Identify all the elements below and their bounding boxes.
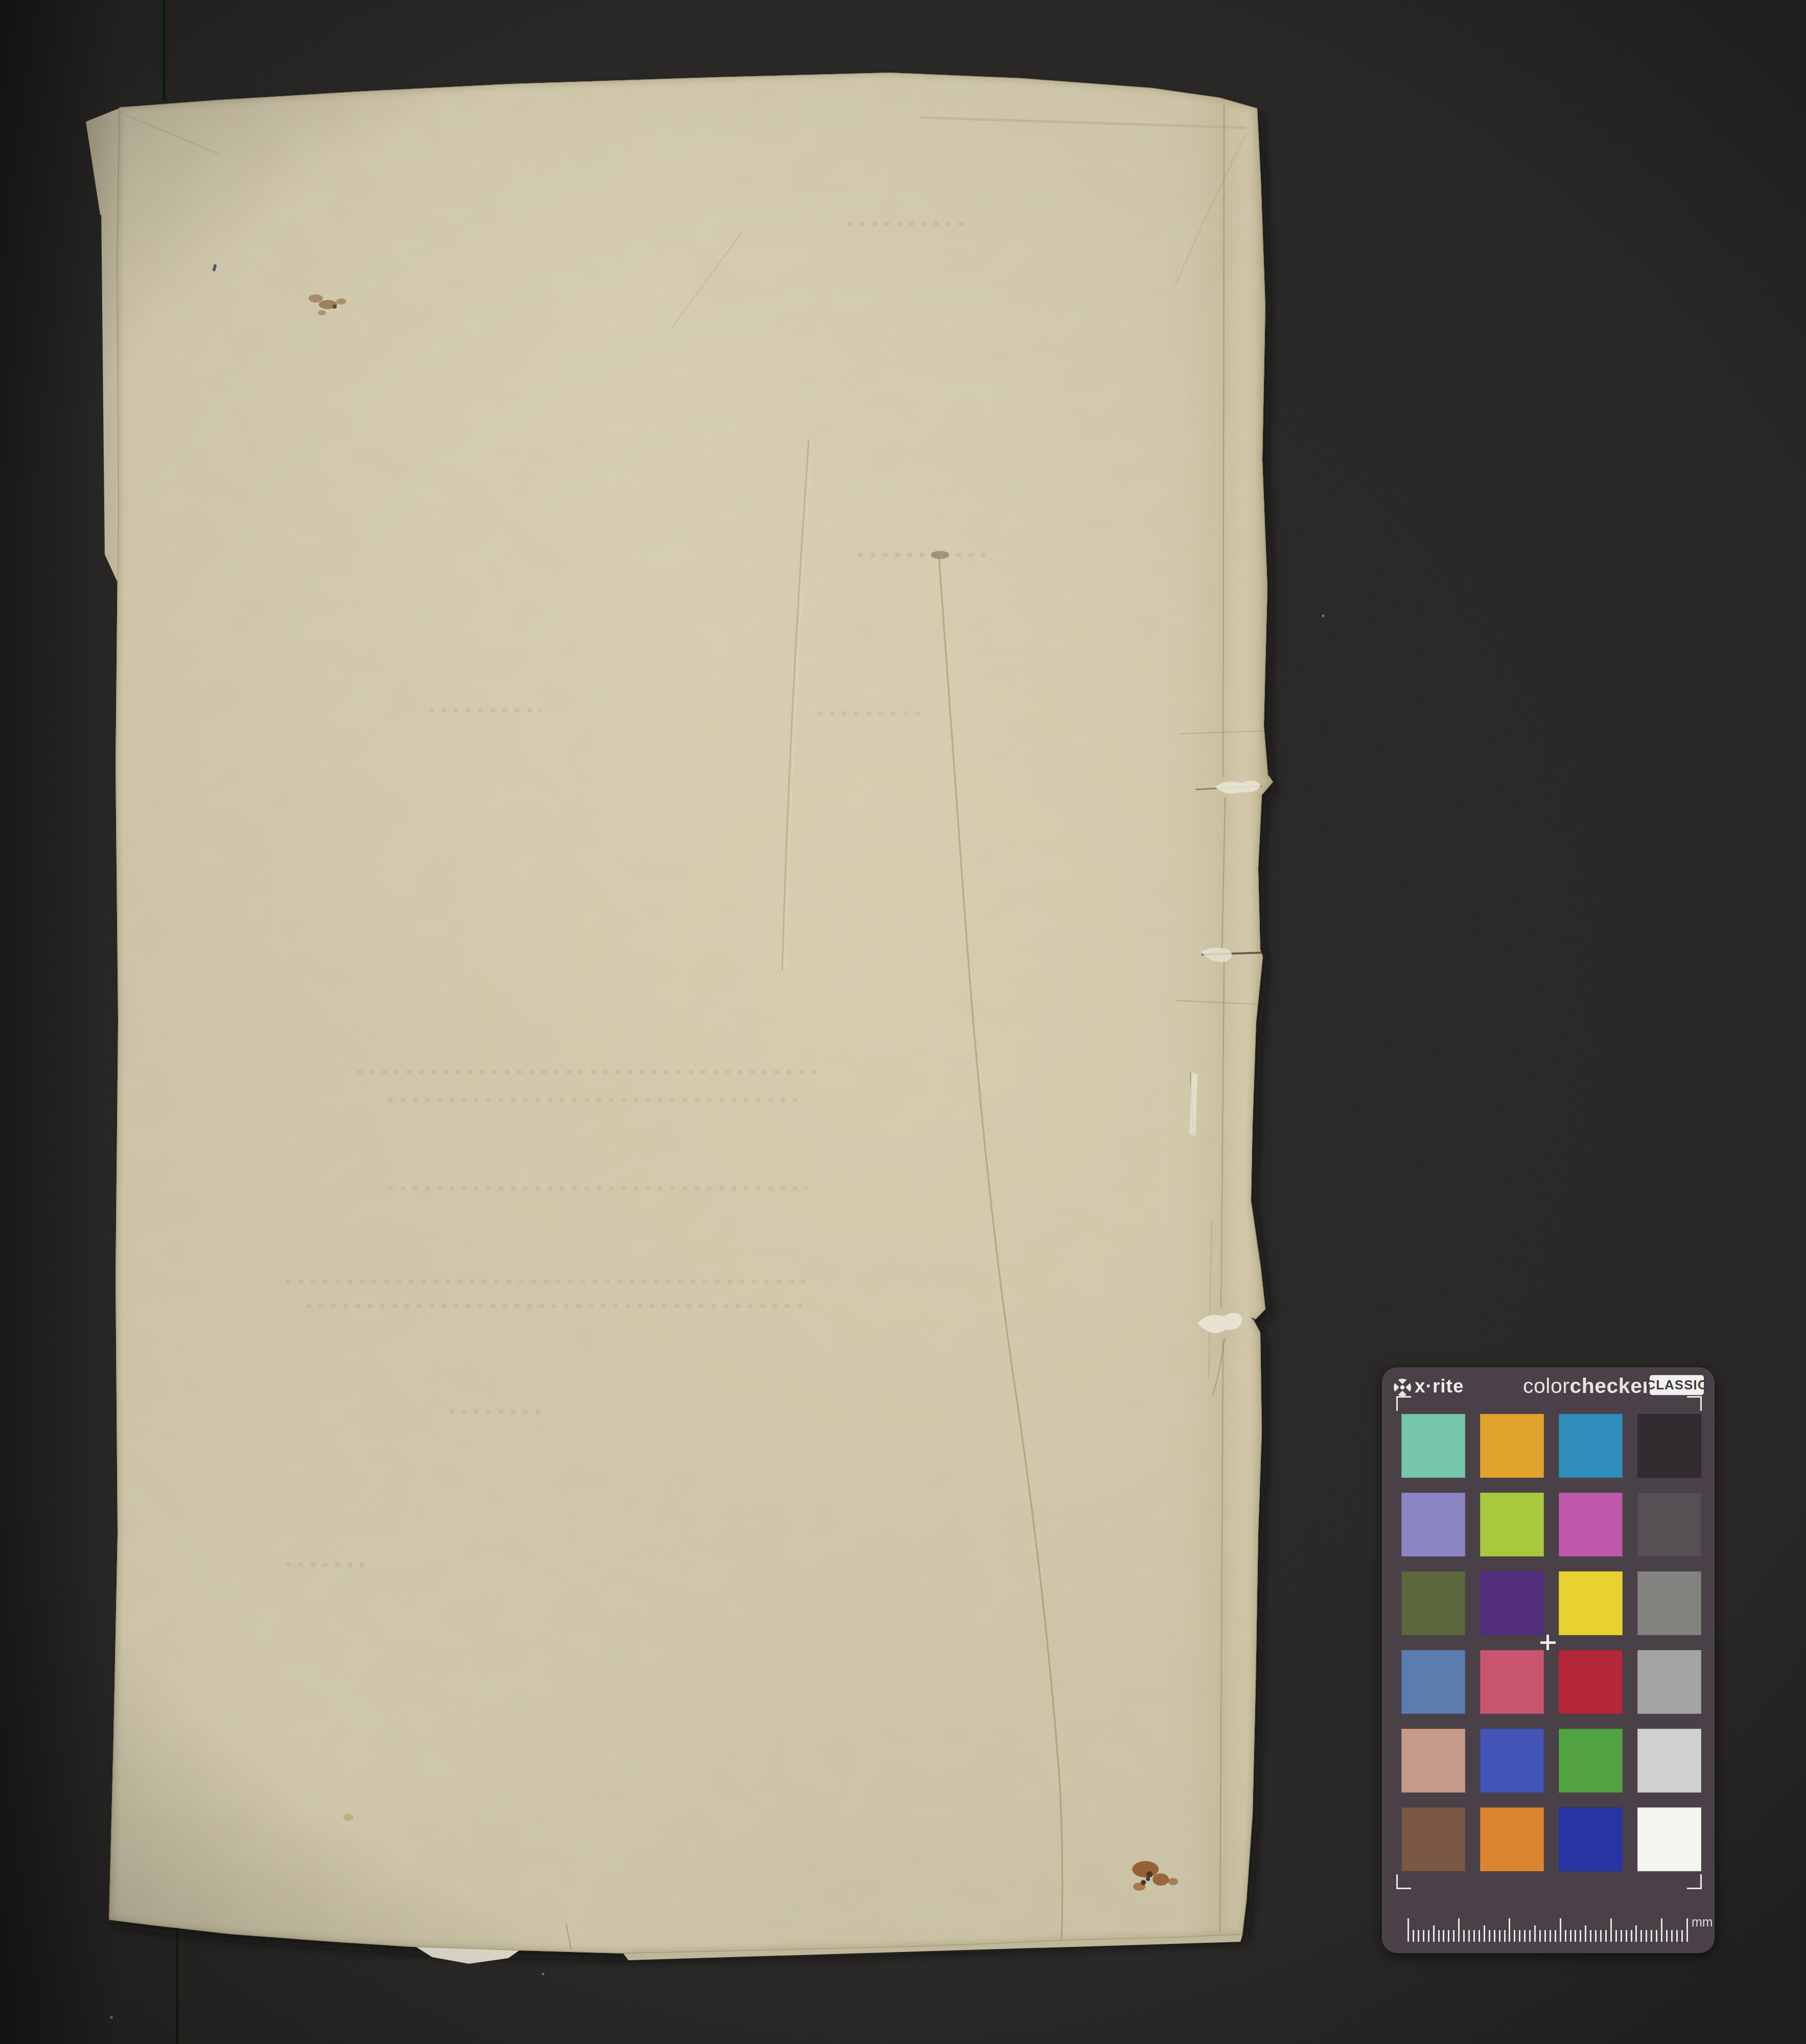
color-patch-cyan bbox=[1559, 1414, 1623, 1478]
ruler-tick bbox=[1661, 1918, 1662, 1942]
ruler-tick bbox=[1671, 1930, 1673, 1942]
color-patch-orange-yellow bbox=[1480, 1414, 1544, 1478]
brand-wordmark: x·rite bbox=[1415, 1376, 1464, 1397]
color-patch-neutral-6-5 bbox=[1637, 1650, 1701, 1714]
color-patch-orange bbox=[1480, 1807, 1544, 1871]
ruler-tick bbox=[1610, 1918, 1612, 1942]
color-patch-red bbox=[1559, 1650, 1623, 1714]
ruler-tick bbox=[1504, 1930, 1506, 1942]
ruler-tick bbox=[1473, 1930, 1475, 1942]
ruler-tick bbox=[1570, 1930, 1572, 1942]
ruler-tick bbox=[1468, 1930, 1470, 1942]
ruler-tick bbox=[1458, 1918, 1460, 1942]
ruler-tick bbox=[1590, 1930, 1591, 1942]
ruler-tick bbox=[1646, 1930, 1647, 1942]
colorchecker-card: x·rite colorchecker CLASSIC mm bbox=[1382, 1367, 1715, 1953]
color-patch-yellow bbox=[1559, 1571, 1623, 1635]
ruler-tick bbox=[1539, 1930, 1541, 1942]
ruler-tick bbox=[1484, 1925, 1485, 1942]
product-name: colorchecker bbox=[1523, 1374, 1651, 1398]
ruler-tick bbox=[1463, 1930, 1465, 1942]
ruler-tick bbox=[1413, 1930, 1414, 1942]
color-patch-blue-sky bbox=[1401, 1650, 1465, 1714]
mm-ruler bbox=[1408, 1918, 1688, 1942]
ruler-tick bbox=[1519, 1930, 1520, 1942]
ruler-tick bbox=[1560, 1918, 1561, 1942]
scan-scene: x·rite colorchecker CLASSIC mm bbox=[0, 0, 1806, 2044]
crop-bracket-top-left-icon bbox=[1396, 1396, 1411, 1411]
ruler-tick bbox=[1635, 1925, 1637, 1942]
ruler-tick bbox=[1428, 1930, 1429, 1942]
color-patch-dark-skin bbox=[1401, 1807, 1465, 1871]
color-patch-green bbox=[1559, 1729, 1623, 1793]
classic-badge: CLASSIC bbox=[1650, 1375, 1704, 1395]
ruler-tick bbox=[1489, 1930, 1490, 1942]
color-patch-neutral-3-5 bbox=[1637, 1493, 1701, 1557]
ruler-tick bbox=[1640, 1930, 1642, 1942]
ruler-tick bbox=[1600, 1930, 1602, 1942]
color-patch-magenta bbox=[1559, 1493, 1623, 1557]
ruler-tick bbox=[1550, 1930, 1551, 1942]
ruler-tick bbox=[1534, 1925, 1536, 1942]
color-patch-black bbox=[1637, 1414, 1701, 1478]
ruler-tick bbox=[1681, 1930, 1683, 1942]
ruler-tick bbox=[1555, 1930, 1556, 1942]
product-name-bold: checker bbox=[1569, 1374, 1651, 1398]
color-patch-foliage bbox=[1401, 1571, 1465, 1635]
ruler-tick bbox=[1524, 1930, 1526, 1942]
ruler-tick bbox=[1621, 1930, 1622, 1942]
ruler-tick bbox=[1585, 1925, 1586, 1942]
ruler-tick bbox=[1499, 1930, 1500, 1942]
ruler-tick bbox=[1453, 1930, 1455, 1942]
color-patch-neutral-5 bbox=[1637, 1571, 1701, 1635]
ruler-tick bbox=[1433, 1925, 1435, 1942]
xrite-logo-icon bbox=[1393, 1378, 1412, 1397]
color-patch-blue bbox=[1559, 1807, 1623, 1871]
crop-bracket-bottom-right-icon bbox=[1687, 1874, 1702, 1889]
color-patch-white bbox=[1637, 1807, 1701, 1871]
ruler-tick bbox=[1626, 1930, 1627, 1942]
color-patch-moderate-red bbox=[1480, 1650, 1544, 1714]
ruler-tick bbox=[1418, 1930, 1419, 1942]
crop-bracket-top-right-icon bbox=[1687, 1396, 1702, 1411]
color-patch-bluish-green bbox=[1401, 1414, 1465, 1478]
color-patch-yellow-green bbox=[1480, 1493, 1544, 1557]
ruler-tick bbox=[1666, 1930, 1668, 1942]
ruler-tick bbox=[1479, 1930, 1480, 1942]
color-patch-light-skin bbox=[1401, 1729, 1465, 1793]
product-name-light: color bbox=[1523, 1374, 1569, 1398]
ruler-tick bbox=[1529, 1930, 1531, 1942]
color-patch-purple bbox=[1480, 1571, 1544, 1635]
ruler-tick bbox=[1595, 1930, 1597, 1942]
ruler-tick bbox=[1448, 1930, 1449, 1942]
ruler-unit-label: mm bbox=[1692, 1915, 1713, 1930]
ruler-tick bbox=[1676, 1930, 1678, 1942]
ruler-tick bbox=[1615, 1930, 1617, 1942]
ruler-tick bbox=[1443, 1930, 1444, 1942]
crop-bracket-bottom-left-icon bbox=[1396, 1874, 1411, 1889]
ruler-tick bbox=[1580, 1930, 1581, 1942]
ruler-tick bbox=[1656, 1930, 1657, 1942]
ruler-tick bbox=[1494, 1930, 1495, 1942]
ruler-tick bbox=[1686, 1918, 1688, 1942]
ruler-tick bbox=[1544, 1930, 1546, 1942]
ruler-tick bbox=[1438, 1930, 1440, 1942]
color-patch-neutral-8 bbox=[1637, 1729, 1701, 1793]
ruler-tick bbox=[1408, 1918, 1409, 1942]
left-edge-band bbox=[0, 0, 123, 2044]
ruler-tick bbox=[1565, 1930, 1566, 1942]
ruler-tick bbox=[1651, 1930, 1652, 1942]
color-patch-blue-flower bbox=[1401, 1493, 1465, 1557]
ruler-tick bbox=[1514, 1930, 1515, 1942]
ruler-tick bbox=[1631, 1930, 1632, 1942]
ruler-tick bbox=[1605, 1930, 1607, 1942]
ruler-tick bbox=[1423, 1930, 1424, 1942]
ruler-tick bbox=[1509, 1918, 1510, 1942]
ruler-tick bbox=[1575, 1930, 1576, 1942]
color-patch-purplish-blue bbox=[1480, 1729, 1544, 1793]
